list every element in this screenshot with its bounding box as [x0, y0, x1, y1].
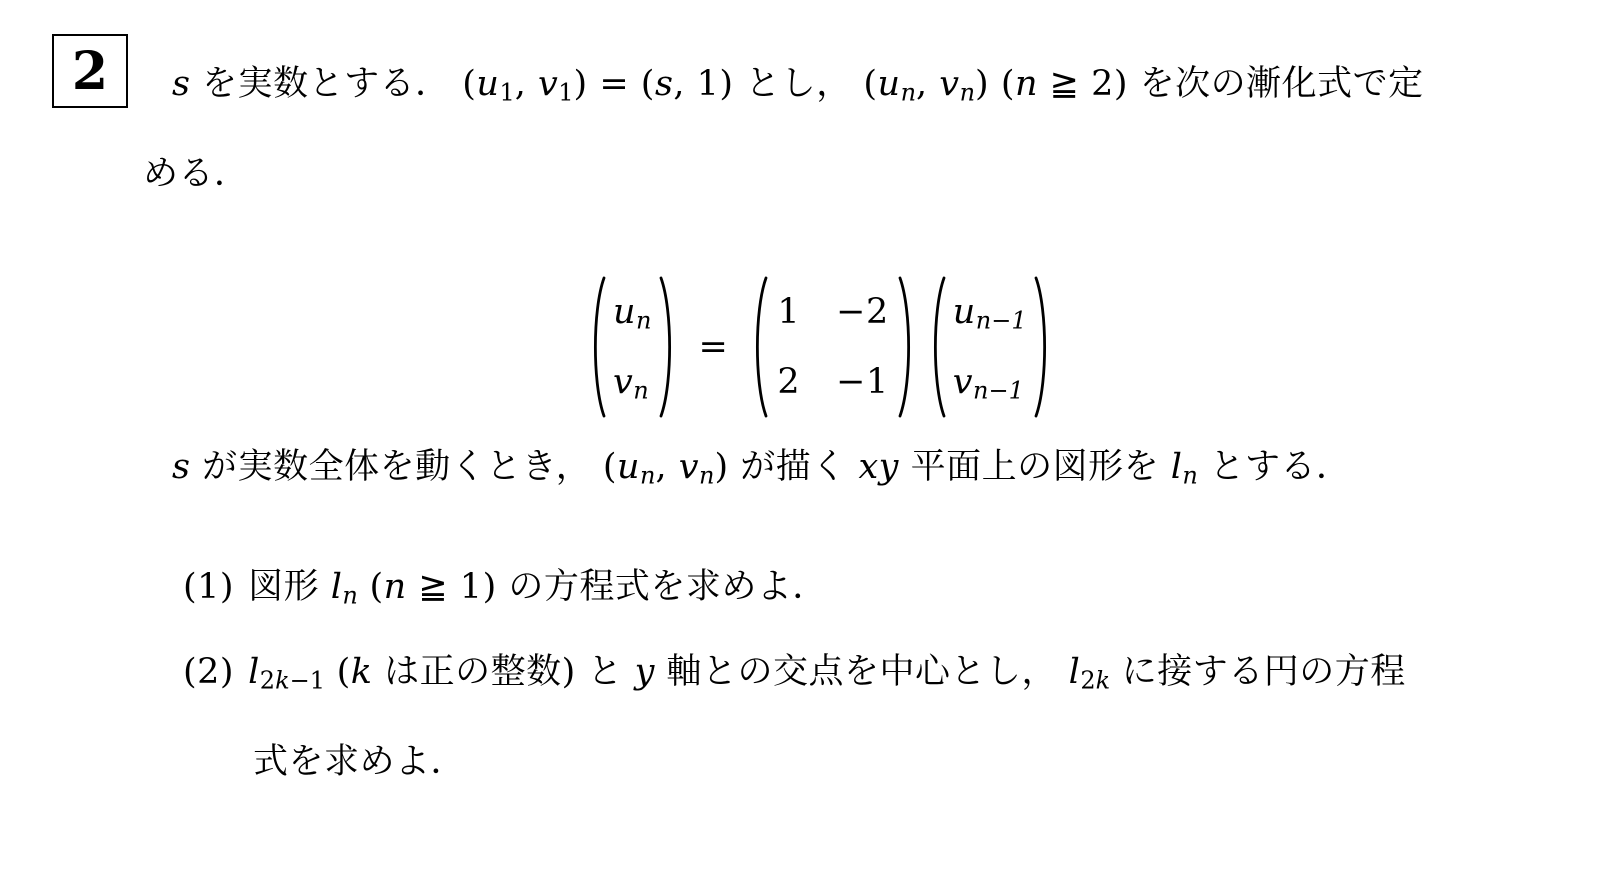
math-run: y [635, 652, 655, 692]
recurrence-equation: un vn = 1 −2 2 −1 un−1 vn−1 [586, 274, 1054, 420]
question-1-label: (1) [183, 567, 234, 607]
intro-line-2: める． [143, 150, 250, 199]
jp-run: が描く [740, 447, 858, 487]
math-run: l [1069, 652, 1081, 692]
subscript: n [342, 581, 357, 609]
jp-run: とし， [745, 64, 863, 104]
statement-line: s が実数全体を動くとき， (un, vn) が描く xy 平面上の図形を ln… [172, 443, 1352, 492]
question-2: (2)l2k−1 (k は正の整数) と y 軸との交点を中心とし， l2k に… [183, 648, 1406, 697]
vector-entry: un [613, 292, 652, 332]
subscript: n−1 [973, 376, 1024, 404]
math-run: , [656, 447, 679, 487]
matrix-entry: 2 [777, 362, 800, 402]
geq-symbol: ≧ [1038, 64, 1091, 104]
vector-entry: un−1 [953, 292, 1027, 332]
subscript: 1 [558, 78, 573, 106]
jp-run: める． [143, 154, 250, 194]
question-1: (1)図形 ln (n ≧ 1) の方程式を求めよ． [183, 563, 828, 612]
math-run: ( [603, 447, 617, 487]
jp-run: 軸との交点を中心とし， [655, 652, 1069, 692]
jp-run: とする． [1198, 447, 1352, 487]
math-run: u [878, 64, 901, 104]
intro-line-1: s を実数とする． (u1, v1) = (s, 1) とし， (un, vn)… [172, 60, 1424, 109]
math-run: l [331, 567, 343, 607]
math-run: 1) [460, 567, 509, 607]
geq-symbol: ≧ [407, 567, 460, 607]
vector-entry: vn [613, 362, 649, 402]
vector-entry: vn−1 [953, 362, 1024, 402]
equals-sign: = [699, 327, 729, 367]
jp-run: を次の漸化式で定 [1140, 64, 1424, 104]
subscript: n [640, 461, 655, 489]
math-run: ) [715, 447, 741, 487]
big-right-paren [657, 274, 679, 420]
jp-run: 式を求めよ． [253, 742, 466, 782]
math-run: , [916, 64, 939, 104]
big-left-paren [926, 274, 948, 420]
math-run: ( [325, 652, 351, 692]
problem-number-box: 2 [52, 34, 128, 108]
math-run: l [1171, 447, 1183, 487]
math-run: ( [462, 64, 476, 104]
jp-run: 平面上の図形を [899, 447, 1171, 487]
big-right-paren [1032, 274, 1054, 420]
math-run: 2) [1091, 64, 1140, 104]
subscript: 2k [1080, 666, 1110, 694]
math-run: , [515, 64, 538, 104]
lhs-vector: un vn [586, 274, 679, 420]
matrix-entry: −2 [836, 292, 889, 332]
coefficient-matrix: 1 −2 2 −1 [748, 274, 917, 420]
jp-run: は正の整数 [373, 652, 562, 692]
jp-run: を実数とする． [190, 64, 462, 104]
subscript: n [960, 78, 975, 106]
math-run: s [172, 64, 190, 104]
math-run: u [476, 64, 499, 104]
big-left-paren [748, 274, 770, 420]
math-run: ) ( [975, 64, 1015, 104]
math-run: v [538, 64, 558, 104]
math-run: v [679, 447, 699, 487]
math-run: ) [562, 652, 588, 692]
subscript: 1 [499, 78, 514, 106]
math-run: k [351, 652, 373, 692]
jp-run: の方程式を求めよ． [508, 567, 828, 607]
matrix-entry: −1 [836, 362, 889, 402]
math-run: s [172, 447, 190, 487]
subscript: n [1182, 461, 1197, 489]
math-run: u [617, 447, 640, 487]
subscript: n [636, 306, 651, 334]
math-run: , 1) [673, 64, 745, 104]
math-run: n [1015, 64, 1038, 104]
math-run: l [248, 652, 260, 692]
subscript: n [699, 461, 714, 489]
math-run: n [384, 567, 407, 607]
math-run: ) = ( [574, 64, 655, 104]
math-run: v [939, 64, 959, 104]
question-2-continued: 式を求めよ． [253, 738, 466, 787]
subscript: 2k−1 [260, 666, 325, 694]
subscript: n [901, 78, 916, 106]
jp-run: 図形 [248, 567, 331, 607]
big-right-paren [896, 274, 918, 420]
matrix-entry: 1 [777, 292, 800, 332]
jp-run: に接する円の方程 [1110, 652, 1406, 692]
question-2-label: (2) [183, 652, 234, 692]
math-run: ( [863, 64, 877, 104]
big-left-paren [586, 274, 608, 420]
problem-number: 2 [72, 41, 108, 102]
subscript: n−1 [976, 306, 1027, 334]
subscript: n [633, 376, 648, 404]
math-run: s [655, 64, 673, 104]
jp-run: が実数全体を動くとき， [190, 447, 602, 487]
math-run: ( [358, 567, 384, 607]
jp-run: と [587, 652, 634, 692]
math-run: xy [858, 447, 899, 487]
rhs-vector: un−1 vn−1 [926, 274, 1054, 420]
